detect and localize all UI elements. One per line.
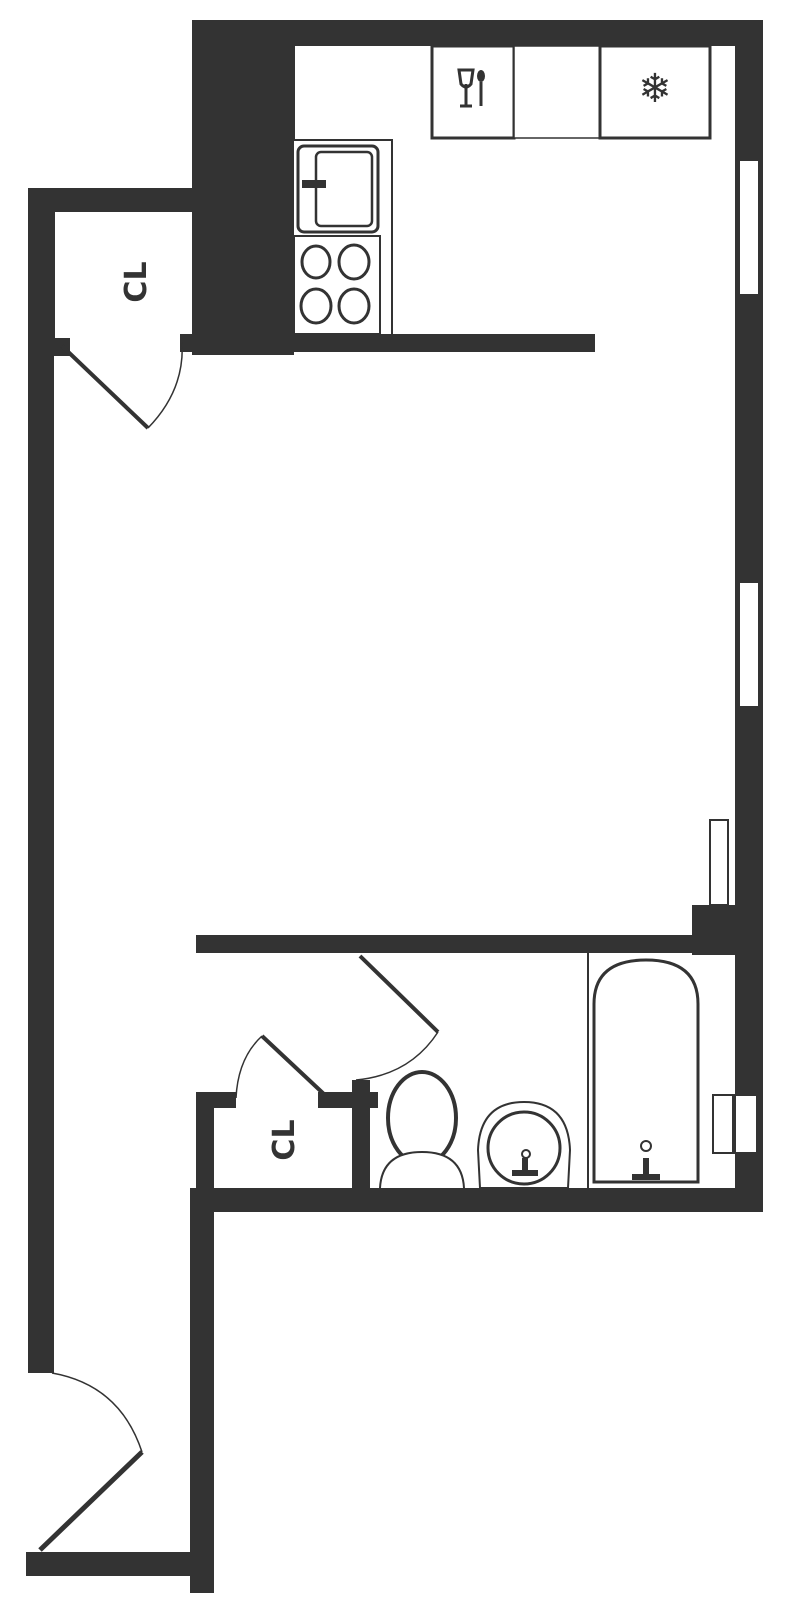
bathroom <box>356 953 698 1188</box>
wall-kitchen-left-block <box>192 20 294 355</box>
wall-bath-top <box>196 935 736 953</box>
wall-kitchen-partition <box>180 334 595 352</box>
snowflake-icon: ❄ <box>638 66 672 112</box>
wall-hall-right <box>190 1188 214 1593</box>
cabinet <box>514 46 600 138</box>
dishwasher <box>432 46 514 138</box>
closet-label: CL <box>119 261 154 302</box>
toilet <box>388 1072 456 1164</box>
window <box>713 1095 733 1153</box>
wall-bath-bottom <box>196 1188 763 1212</box>
toilet-tank <box>380 1152 464 1188</box>
closet-door[interactable] <box>62 346 148 428</box>
radiator <box>710 820 728 905</box>
closet-upper: CL <box>54 212 182 428</box>
door-swing <box>52 1373 142 1452</box>
bathtub <box>594 960 698 1182</box>
entry <box>40 1373 142 1550</box>
door-swing <box>148 342 182 428</box>
wall-bottom <box>26 1552 214 1576</box>
kitchen: ❄ <box>294 46 710 334</box>
door-swing <box>236 1036 262 1098</box>
entry-door[interactable] <box>40 1452 142 1550</box>
bathroom-door[interactable] <box>360 956 438 1032</box>
wall-left <box>28 188 54 1373</box>
faucet-icon <box>302 180 326 188</box>
closet-label: CL <box>267 1119 302 1160</box>
window <box>739 160 759 295</box>
walls <box>26 20 763 1593</box>
window <box>735 1095 757 1153</box>
window <box>739 582 759 707</box>
closet-lower: CL <box>236 1036 326 1161</box>
closet-door[interactable] <box>262 1036 326 1096</box>
floor-plan: ❄ CL <box>0 0 800 1603</box>
wall-bath-left <box>352 1080 370 1205</box>
